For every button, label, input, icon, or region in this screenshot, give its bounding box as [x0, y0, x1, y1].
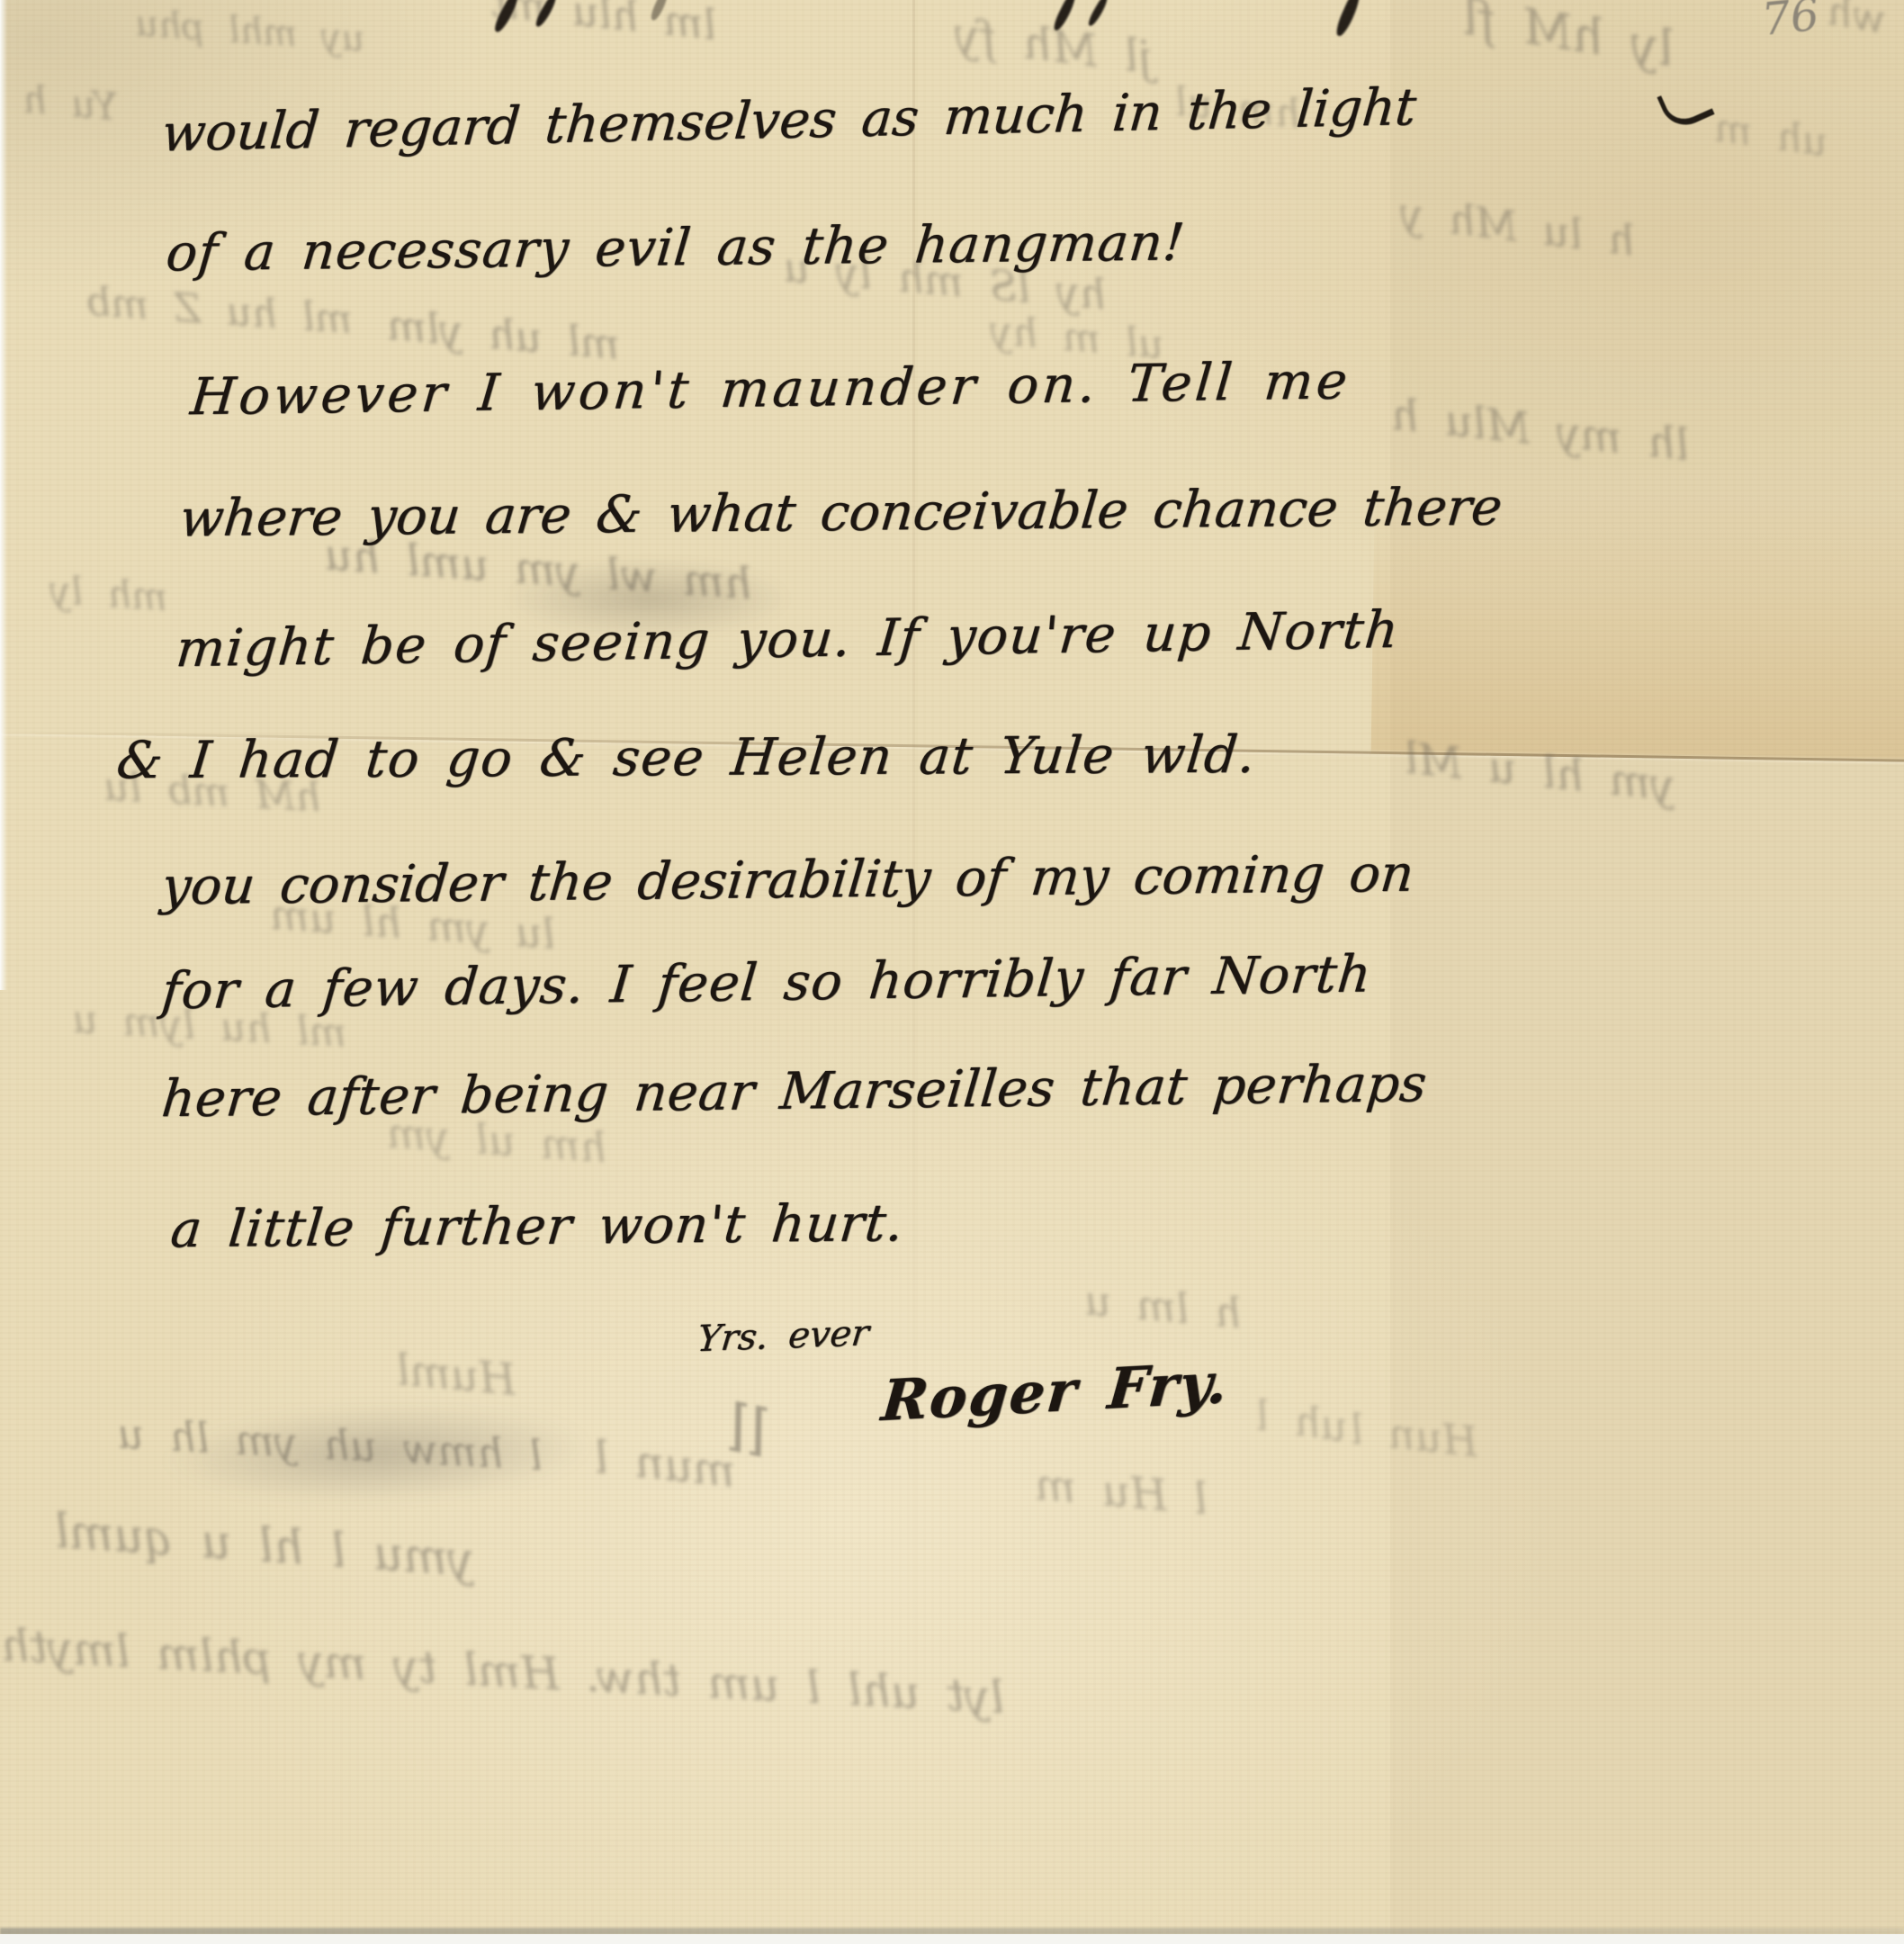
bleedthrough-fragment: ml hu Z mb	[85, 279, 355, 344]
letter-line: where you are & what conceivable chance …	[177, 477, 1504, 548]
bleedthrough-fragment: jl Mh fy	[951, 8, 1155, 85]
letter-line: for a few days. I feel so horribly far N…	[159, 944, 1374, 1021]
edge-ink-stroke	[534, 0, 560, 29]
bleedthrough-fragment: ll	[720, 1390, 777, 1472]
edge-ink-stroke	[1334, 0, 1364, 38]
letter-line: However I won't maunder on. Tell me	[188, 351, 1353, 427]
bleedthrough-fragment: Huml	[394, 1345, 518, 1405]
bleedthrough-fragment: Yu h	[21, 76, 119, 129]
letter-closing: Yrs. ever	[696, 1312, 871, 1360]
edge-ink-stroke	[1086, 0, 1110, 28]
edge-ink-stroke	[491, 0, 521, 34]
letter-line: a little further won't hurt.	[168, 1193, 907, 1259]
bleedthrough-fragment: ymu l hl u quml	[52, 1505, 475, 1588]
scan-edge-left	[0, 0, 7, 990]
letter-line: you consider the desirability of my comi…	[159, 843, 1416, 916]
letter-line: & I had to go & see Helen at Yule wld.	[114, 724, 1260, 790]
letter-signature: Roger Fry.	[879, 1350, 1232, 1435]
bleedthrough-fragment: mh ly	[48, 567, 168, 619]
bleedthrough-fragment: uh l	[1253, 1390, 1351, 1452]
letter-line: here after being near Marseilles that pe…	[159, 1054, 1430, 1129]
bleedthrough-fragment: lm hlu mt	[489, 0, 719, 49]
ink-smudge	[160, 1397, 596, 1511]
edge-ink-stroke	[649, 0, 670, 22]
bleedthrough-fragment: h lm u	[1082, 1275, 1244, 1337]
page-number-pencil: 76	[1759, 0, 1821, 46]
edge-ink-stroke	[1051, 0, 1079, 32]
bleedthrough-fragment: lyt uhl l um thw. Hml ty my phlm lmyth	[0, 1619, 1006, 1723]
paper-right-column-tint	[1390, 0, 1904, 1944]
bleedthrough-fragment: mun l	[591, 1431, 738, 1498]
letter-page: uy mhl phu lm hlu mt jl Mh fy hm ul ly h…	[0, 0, 1904, 1944]
letter-line: of a necessary evil as the hangman!	[164, 212, 1188, 283]
bleedthrough-fragment: l hmw uh ym lh u	[116, 1409, 543, 1480]
bleedthrough-fragment: ml uh ylm	[385, 301, 622, 369]
letter-line: would regard themselves as much in the l…	[159, 77, 1418, 163]
bleedthrough-fragment: l Hu m	[1033, 1460, 1209, 1525]
scan-edge-bottom	[0, 1934, 1904, 1944]
letter-line: might be of seeing you. If you're up Nor…	[174, 600, 1402, 679]
bleedthrough-fragment: uy mhl phu	[134, 3, 366, 60]
